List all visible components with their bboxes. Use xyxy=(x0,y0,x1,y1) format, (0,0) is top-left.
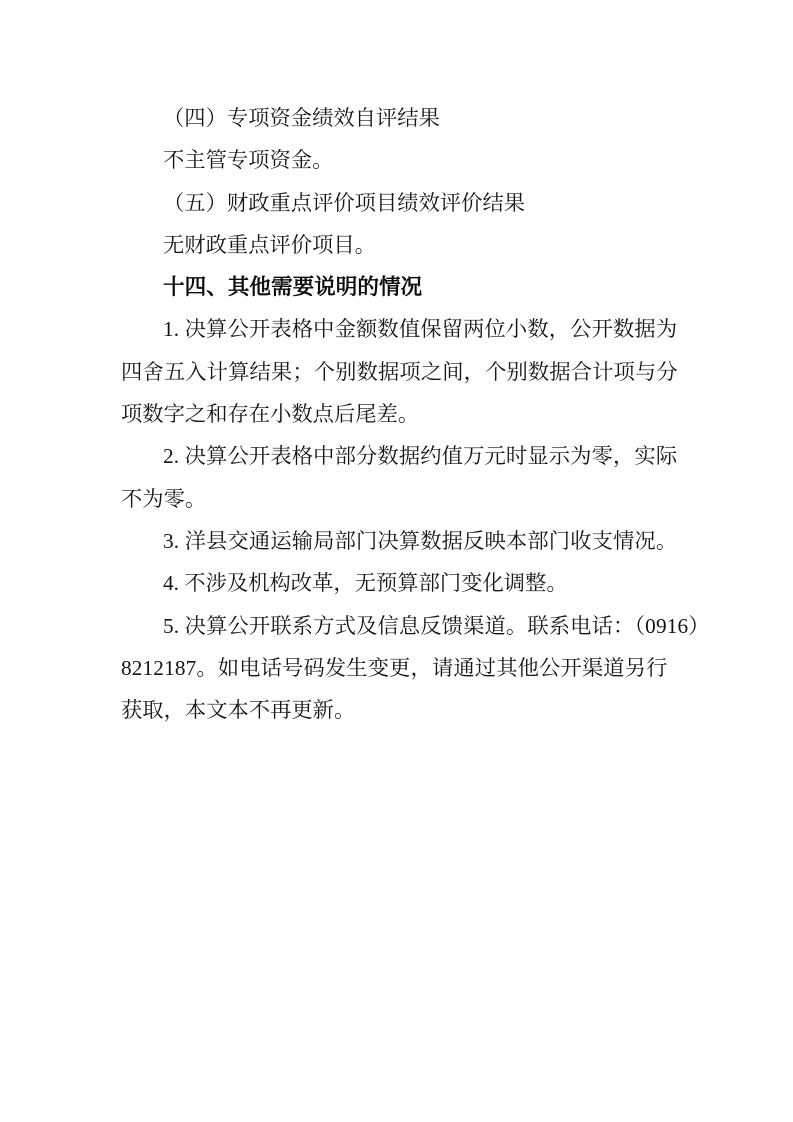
paragraph-line: 不为零。 xyxy=(121,478,681,520)
paragraph-line: 无财政重点评价项目。 xyxy=(121,224,681,266)
paragraph-line: 四舍五入计算结果；个别数据项之间，个别数据合计项与分 xyxy=(121,351,681,393)
paragraph-line: 1. 决算公开表格中金额数值保留两位小数，公开数据为 xyxy=(121,308,681,350)
paragraph-line: 2. 决算公开表格中部分数据约值万元时显示为零，实际 xyxy=(121,435,681,477)
paragraph-line: 8212187。如电话号码发生变更，请通过其他公开渠道另行 xyxy=(121,647,681,689)
document-content: （四）专项资金绩效自评结果 不主管专项资金。 （五）财政重点评价项目绩效评价结果… xyxy=(121,97,681,731)
paragraph-line: 项数字之和存在小数点后尾差。 xyxy=(121,393,681,435)
paragraph-line: 5. 决算公开联系方式及信息反馈渠道。联系电话：（0916） xyxy=(121,605,681,647)
paragraph-line: 3. 洋县交通运输局部门决算数据反映本部门收支情况。 xyxy=(121,520,681,562)
document-page: （四）专项资金绩效自评结果 不主管专项资金。 （五）财政重点评价项目绩效评价结果… xyxy=(0,0,793,1122)
paragraph-line: 4. 不涉及机构改革，无预算部门变化调整。 xyxy=(121,562,681,604)
paragraph-line: 不主管专项资金。 xyxy=(121,139,681,181)
section-heading-5: （五）财政重点评价项目绩效评价结果 xyxy=(121,182,681,224)
paragraph-line: 获取，本文本不再更新。 xyxy=(121,689,681,731)
section-heading-4: （四）专项资金绩效自评结果 xyxy=(121,97,681,139)
chapter-heading-14: 十四、其他需要说明的情况 xyxy=(121,266,681,308)
